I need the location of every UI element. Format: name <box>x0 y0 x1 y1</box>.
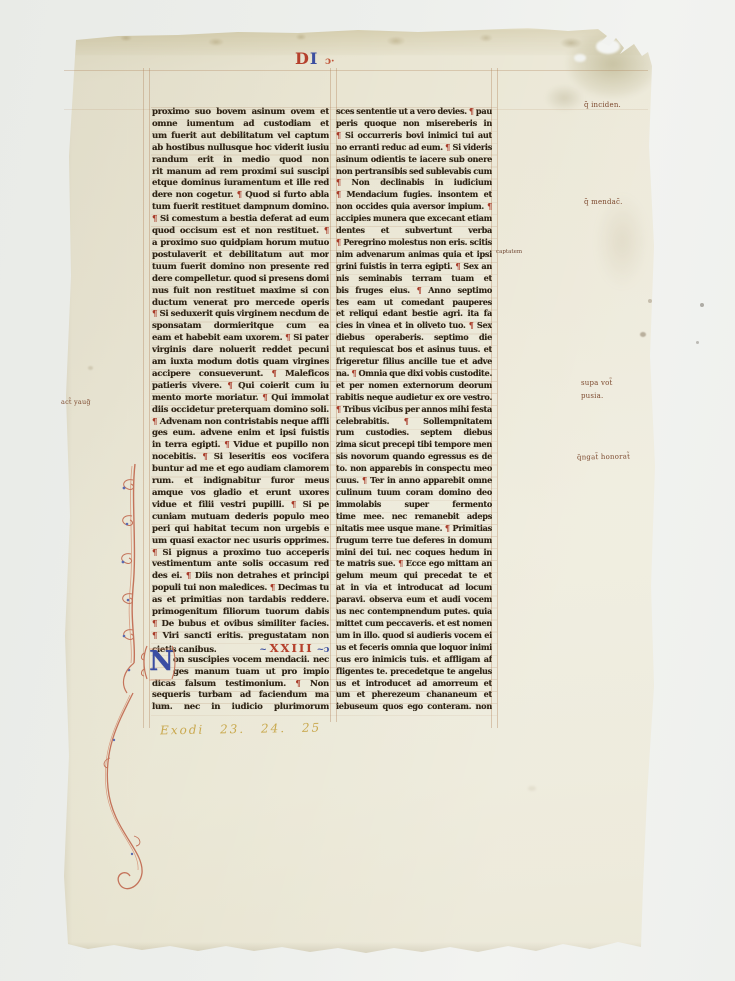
text-line: a proximo suo quidpiam horum mutuo <box>152 238 329 250</box>
text-line: sponsatam dormieritque cum ea dotabit <box>152 321 329 333</box>
ink-speck <box>648 299 652 303</box>
stain-top-right-corner <box>526 26 654 126</box>
running-header: DI ɔ· <box>295 49 335 68</box>
text-line: ¶ Non declinabis in iudicium pauperis. <box>336 177 492 189</box>
background-speck <box>700 303 704 307</box>
text-column-left: proximo suo bovem asinum ovem etomne ium… <box>152 107 329 714</box>
text-line: culinum tuum coram domino deo tuo. ¶ Non <box>336 487 492 499</box>
text-line: proximo suo bovem asinum ovem et <box>152 107 329 119</box>
text-line: frigeretur filius ancille tue et adve <box>336 356 492 368</box>
stain-right-middle <box>596 194 648 289</box>
text-line: ¶ Si pignus a proximo tuo acceperis <box>152 548 329 560</box>
margin-note-right-4: q̃ngat̃ honorat̃ <box>577 453 630 462</box>
bottom-inscription: Exodi 23. 24. 25 <box>160 721 321 738</box>
text-line: des ei. ¶ Diis non detrahes et principi <box>152 571 329 583</box>
text-line: cuniam mutuam dederis populo meo pau <box>152 512 329 524</box>
text-line: postulaverit et debilitatum aut mor <box>152 250 329 262</box>
text-line: sis novorum quando egressus es de egip <box>336 451 492 463</box>
ink-speck <box>640 332 646 337</box>
text-line: celebrabitis. ¶ Sollempnitatem azimo <box>336 416 492 428</box>
text-line: mittet cum peccaveris. et est nomen me <box>336 618 492 630</box>
text-line: rabitis neque audietur ex ore vestro. <box>336 392 492 404</box>
bottom-edge-shading <box>58 942 655 954</box>
gutter-note: captatem <box>496 249 522 255</box>
text-line: ¶ De bubus et ovibus similiter facies. <box>152 619 329 631</box>
chapter-flourish-left: ~ <box>259 645 266 655</box>
text-line: tum fuerit restituet dampnum domino. <box>152 202 329 214</box>
manuscript-photo: DI ɔ· proximo suo bovem asinum ovem etom… <box>0 0 735 981</box>
header-flourish-mark: ɔ· <box>325 56 335 67</box>
text-line: fligentes te. precedetque te angelus me <box>336 666 492 678</box>
text-line: dere compelletur. quod si presens domi <box>152 274 329 286</box>
text-line: na. ¶ Omnia que dixi vobis custodite. <box>336 368 492 380</box>
text-line: no erranti reduc ad eum. ¶ Si videris <box>336 142 492 154</box>
text-line: paravi. observa eum et audi vocem ei <box>336 594 492 606</box>
text-line: ges eum. advene enim et ipsi fuistis <box>152 428 329 440</box>
text-line: nitatis mee usque mane. ¶ Primitias <box>336 523 492 535</box>
text-line: um et pherezeum chananeum et eveum et <box>336 689 492 701</box>
text-line: populi tui non maledices. ¶ Decimas tu <box>152 583 329 595</box>
text-line: as et primitias non tardabis reddere. <box>152 595 329 607</box>
text-line: tes eam ut comedant pauperes populi tui <box>336 297 492 309</box>
text-line: mini dei tui. nec coques hedum in lac <box>336 547 492 559</box>
chapter-flourish-right: ~ɔ <box>317 645 329 655</box>
text-line: um fuerit aut debilitatum vel captum <box>152 131 329 143</box>
text-line: accipere consueverunt. ¶ Maleficos non <box>152 369 329 381</box>
text-line: zima sicut precepi tibi tempore men <box>336 439 492 451</box>
text-line: primogenitum filiorum tuorum dabis mihi. <box>152 607 329 619</box>
text-line: dentes et subvertunt verba iustorum. <box>336 225 492 237</box>
corner-chip-spot <box>574 54 586 62</box>
text-line: sequeris turbam ad faciendum ma <box>152 690 329 702</box>
text-line: bis fruges eius. ¶ Anno septimo dimit <box>336 285 492 297</box>
text-line: cus ero inimicis tuis. et affligam af <box>336 654 492 666</box>
text-line: accipies munera que excecant etiam pru <box>336 213 492 225</box>
corner-chip-spot <box>596 39 620 54</box>
text-line: vidue et filii vestri pupilli. ¶ Si pe <box>152 500 329 512</box>
text-line: te matris sue. ¶ Ecce ego mittam an <box>336 558 492 570</box>
text-line: ¶ Si seduxerit quis virginem necdum de <box>152 309 329 321</box>
running-header-letter-i: I <box>310 49 318 68</box>
text-line: dere non cogetur. ¶ Quod si furto abla <box>152 190 329 202</box>
text-line: in terra egipti. ¶ Vidue et pupillo non <box>152 440 329 452</box>
text-line: ¶ Si occurreris bovi inimici tui aut asi <box>336 130 492 142</box>
text-line: rit manum ad rem proximi sui suscipi <box>152 167 329 179</box>
text-line: et per nomen externorum deorum non iu <box>336 380 492 392</box>
text-line: non occides quia aversor impium. ¶ Nec <box>336 201 492 213</box>
text-line: ab hostibus nullusque hoc viderit iusiu <box>152 143 329 155</box>
text-line: time mee. nec remanebit adeps sollemp <box>336 511 492 523</box>
foxing-speck <box>528 786 536 791</box>
text-line: gelum meum qui precedat te et custodi <box>336 570 492 582</box>
left-edge-shading <box>58 26 72 954</box>
text-line: us nec contempnendum putes. quia non di <box>336 606 492 618</box>
text-line: asinum odientis te iacere sub onere <box>336 154 492 166</box>
text-line: peris quoque non misereberis in iudicio. <box>336 118 492 130</box>
text-line: ¶ Si comestum a bestia deferat ad eum <box>152 214 329 226</box>
text-line: ¶ Peregrino molestus non eris. scitis e <box>336 237 492 249</box>
margin-note-right-2: q̃ mendac̃. <box>584 198 623 206</box>
text-line: ut requiescat bos et asinus tuus. et re <box>336 344 492 356</box>
text-line: ¶ Viri sancti eritis. pregustatam non co… <box>152 631 329 643</box>
text-line: ¶ Mendacium fugies. insontem et iustum <box>336 189 492 201</box>
text-line: to. non apparebis in conspectu meo va <box>336 463 492 475</box>
margin-note-right-3: supa vot̃ <box>581 379 613 387</box>
text-line: immolabis super fermento sanguinem vic <box>336 499 492 511</box>
text-line: ¶ Tribus vicibus per annos mihi festa <box>336 404 492 416</box>
text-line: ¶ Advenam non contristabis neque affli <box>152 417 329 429</box>
text-line: cuus. ¶ Ter in anno apparebit omne mas <box>336 475 492 487</box>
text-line: at in via et introducat ad locum quem <box>336 582 492 594</box>
text-line: diebus operaberis. septimo die cessabis <box>336 332 492 344</box>
text-line: peri qui habitat tecum non urgebis e <box>152 524 329 536</box>
stain-top-band <box>66 29 641 55</box>
background-speck <box>696 341 699 344</box>
margin-note-left: act̃ yaug̃ <box>61 398 91 406</box>
text-line: non pertransibis sed sublevabis cum eo. <box>336 166 492 178</box>
running-header-letter-d: D <box>295 49 310 68</box>
text-line: mento morte moriatur. ¶ Qui immolat <box>152 393 329 405</box>
text-line: nim advenarum animas quia et ipsi pere <box>336 249 492 261</box>
text-line: vestimentum ante solis occasum red <box>152 559 329 571</box>
text-line: etque dominus iuramentum et ille red <box>152 178 329 190</box>
text-line: grini fuistis in terra egipti. ¶ Sex an <box>336 261 492 273</box>
left-margin-flourish <box>88 458 158 908</box>
margin-note-right-1: q̃ inciden. <box>584 101 621 109</box>
text-line: amque vos gladio et erunt uxores vestre <box>152 488 329 500</box>
horizontal-ruling-line <box>64 70 648 71</box>
text-line: rum. et indignabitur furor meus percuti <box>152 476 329 488</box>
chapter-numeral: XXIII <box>270 643 314 655</box>
text-line: eam et habebit eam uxorem. ¶ Si pater <box>152 333 329 345</box>
text-column-right: sces sententie ut a vero devies. ¶ paupe… <box>336 106 492 713</box>
text-line: am iuxta modum dotis quam virgines <box>152 357 329 369</box>
text-line: tuum fuerit domino non presente red <box>152 262 329 274</box>
text-line: rum custodies. septem diebus comedes a <box>336 427 492 439</box>
text-line: et reliqui edant bestie agri. ita fa <box>336 308 492 320</box>
foxing-speck <box>88 366 93 370</box>
text-line: iebuseum quos ego conteram. non adora <box>336 701 492 713</box>
vertical-ruling-line <box>497 68 498 728</box>
text-line: us et feceris omnia que loquor inimi <box>336 642 492 654</box>
text-line: lum. nec in iudicio plurimorum adquies <box>152 702 329 714</box>
text-line: quod occisum est et non restituet. ¶ Qui <box>152 226 329 238</box>
text-line: ductum venerat pro mercede operis sui. <box>152 298 329 310</box>
text-line: nocebitis. ¶ Si leseritis eos vocifera <box>152 452 329 464</box>
text-line: virginis dare noluerit reddet pecuni <box>152 345 329 357</box>
text-line: cies in vinea et in oliveto tuo. ¶ Sex <box>336 320 492 332</box>
text-line: randum erit in medio quod non extende <box>152 155 329 167</box>
text-line: nis seminabis terram tuam et congrega <box>336 273 492 285</box>
text-line: frugum terre tue deferes in domum do <box>336 535 492 547</box>
text-line: patieris vivere. ¶ Qui coierit cum iu <box>152 381 329 393</box>
text-line: nus fuit non restituet maxime si con <box>152 286 329 298</box>
text-line: us et introducet ad amorreum et ethe <box>336 678 492 690</box>
text-line: sces sententie ut a vero devies. ¶ pau <box>336 106 492 118</box>
text-line: omne iumentum ad custodiam et mortu <box>152 119 329 131</box>
margin-note-right-3-line2: pusia. <box>581 392 603 400</box>
text-line: um quasi exactor nec usuris opprimes. <box>152 536 329 548</box>
text-line: diis occidetur preterquam domino soli. <box>152 405 329 417</box>
text-line: buntur ad me et ego audiam clamorem eo <box>152 464 329 476</box>
text-line: um in illo. quod si audieris vocem ei <box>336 630 492 642</box>
